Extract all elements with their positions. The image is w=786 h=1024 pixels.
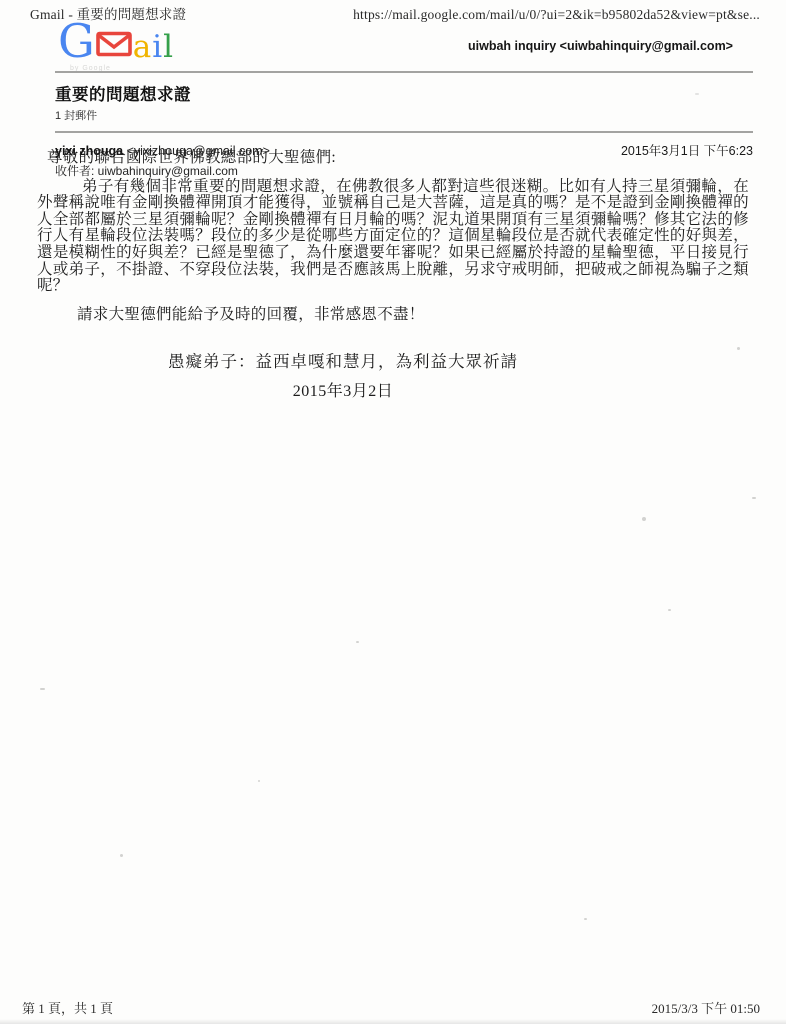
logo-letter-a: a — [133, 32, 151, 63]
scan-noise — [752, 497, 756, 499]
scan-noise — [642, 517, 646, 521]
body-paragraph-1: 弟子有幾個非常重要的問題想求證，在佛教很多人都對這些很迷糊。比如有人持三星須彌輪… — [37, 179, 749, 295]
body-paragraph-2: 請求大聖德們能給予及時的回覆，非常感恩不盡！ — [37, 307, 749, 324]
scan-noise — [40, 688, 45, 690]
divider-middle — [55, 131, 753, 133]
signature-date: 2015年3月2日 — [37, 384, 649, 401]
scan-noise — [356, 641, 359, 643]
scan-bottom-edge — [0, 1019, 786, 1024]
email-body: 尊敬的聯合國際世界佛教總部的大聖德們: 弟子有幾個非常重要的問題想求證，在佛教很… — [37, 150, 749, 401]
print-header-url: https://mail.google.com/mail/u/0/?ui=2&i… — [353, 7, 760, 23]
signature-block: 愚癡弟子：益西卓嘎和慧月，為利益大眾祈請 2015年3月2日 — [37, 354, 749, 400]
page-number: 第 1 頁，共 1 頁 — [22, 998, 113, 1017]
logo-letter-g: G — [58, 18, 95, 64]
divider-top — [55, 71, 753, 73]
scan-noise — [737, 347, 740, 350]
print-timestamp: 2015/3/3 下午 01:50 — [652, 998, 760, 1017]
gmail-logo: G a i l by Google — [58, 18, 173, 72]
scan-noise — [584, 918, 587, 920]
account-email: uiwbah inquiry <uiwbahinquiry@gmail.com> — [468, 39, 733, 53]
message-count: 1 封郵件 — [55, 107, 753, 123]
printed-email-page: Gmail - 重要的問題想求證 https://mail.google.com… — [0, 0, 786, 1024]
print-footer: 第 1 頁，共 1 頁 2015/3/3 下午 01:50 — [22, 998, 760, 1017]
logo-letter-l: l — [163, 32, 173, 63]
envelope-m-icon — [96, 31, 132, 60]
salutation: 尊敬的聯合國際世界佛教總部的大聖德們: — [37, 150, 749, 167]
scan-noise — [120, 854, 123, 857]
logo-letter-i: i — [152, 32, 162, 63]
scan-noise — [668, 609, 671, 611]
scan-noise — [258, 780, 260, 782]
signature-line: 愚癡弟子：益西卓嘎和慧月，為利益大眾祈請 — [37, 354, 649, 371]
email-subject: 重要的問題想求證 — [55, 81, 753, 105]
gmail-logo-letters: G a i l — [58, 18, 173, 64]
scan-noise — [695, 93, 699, 95]
